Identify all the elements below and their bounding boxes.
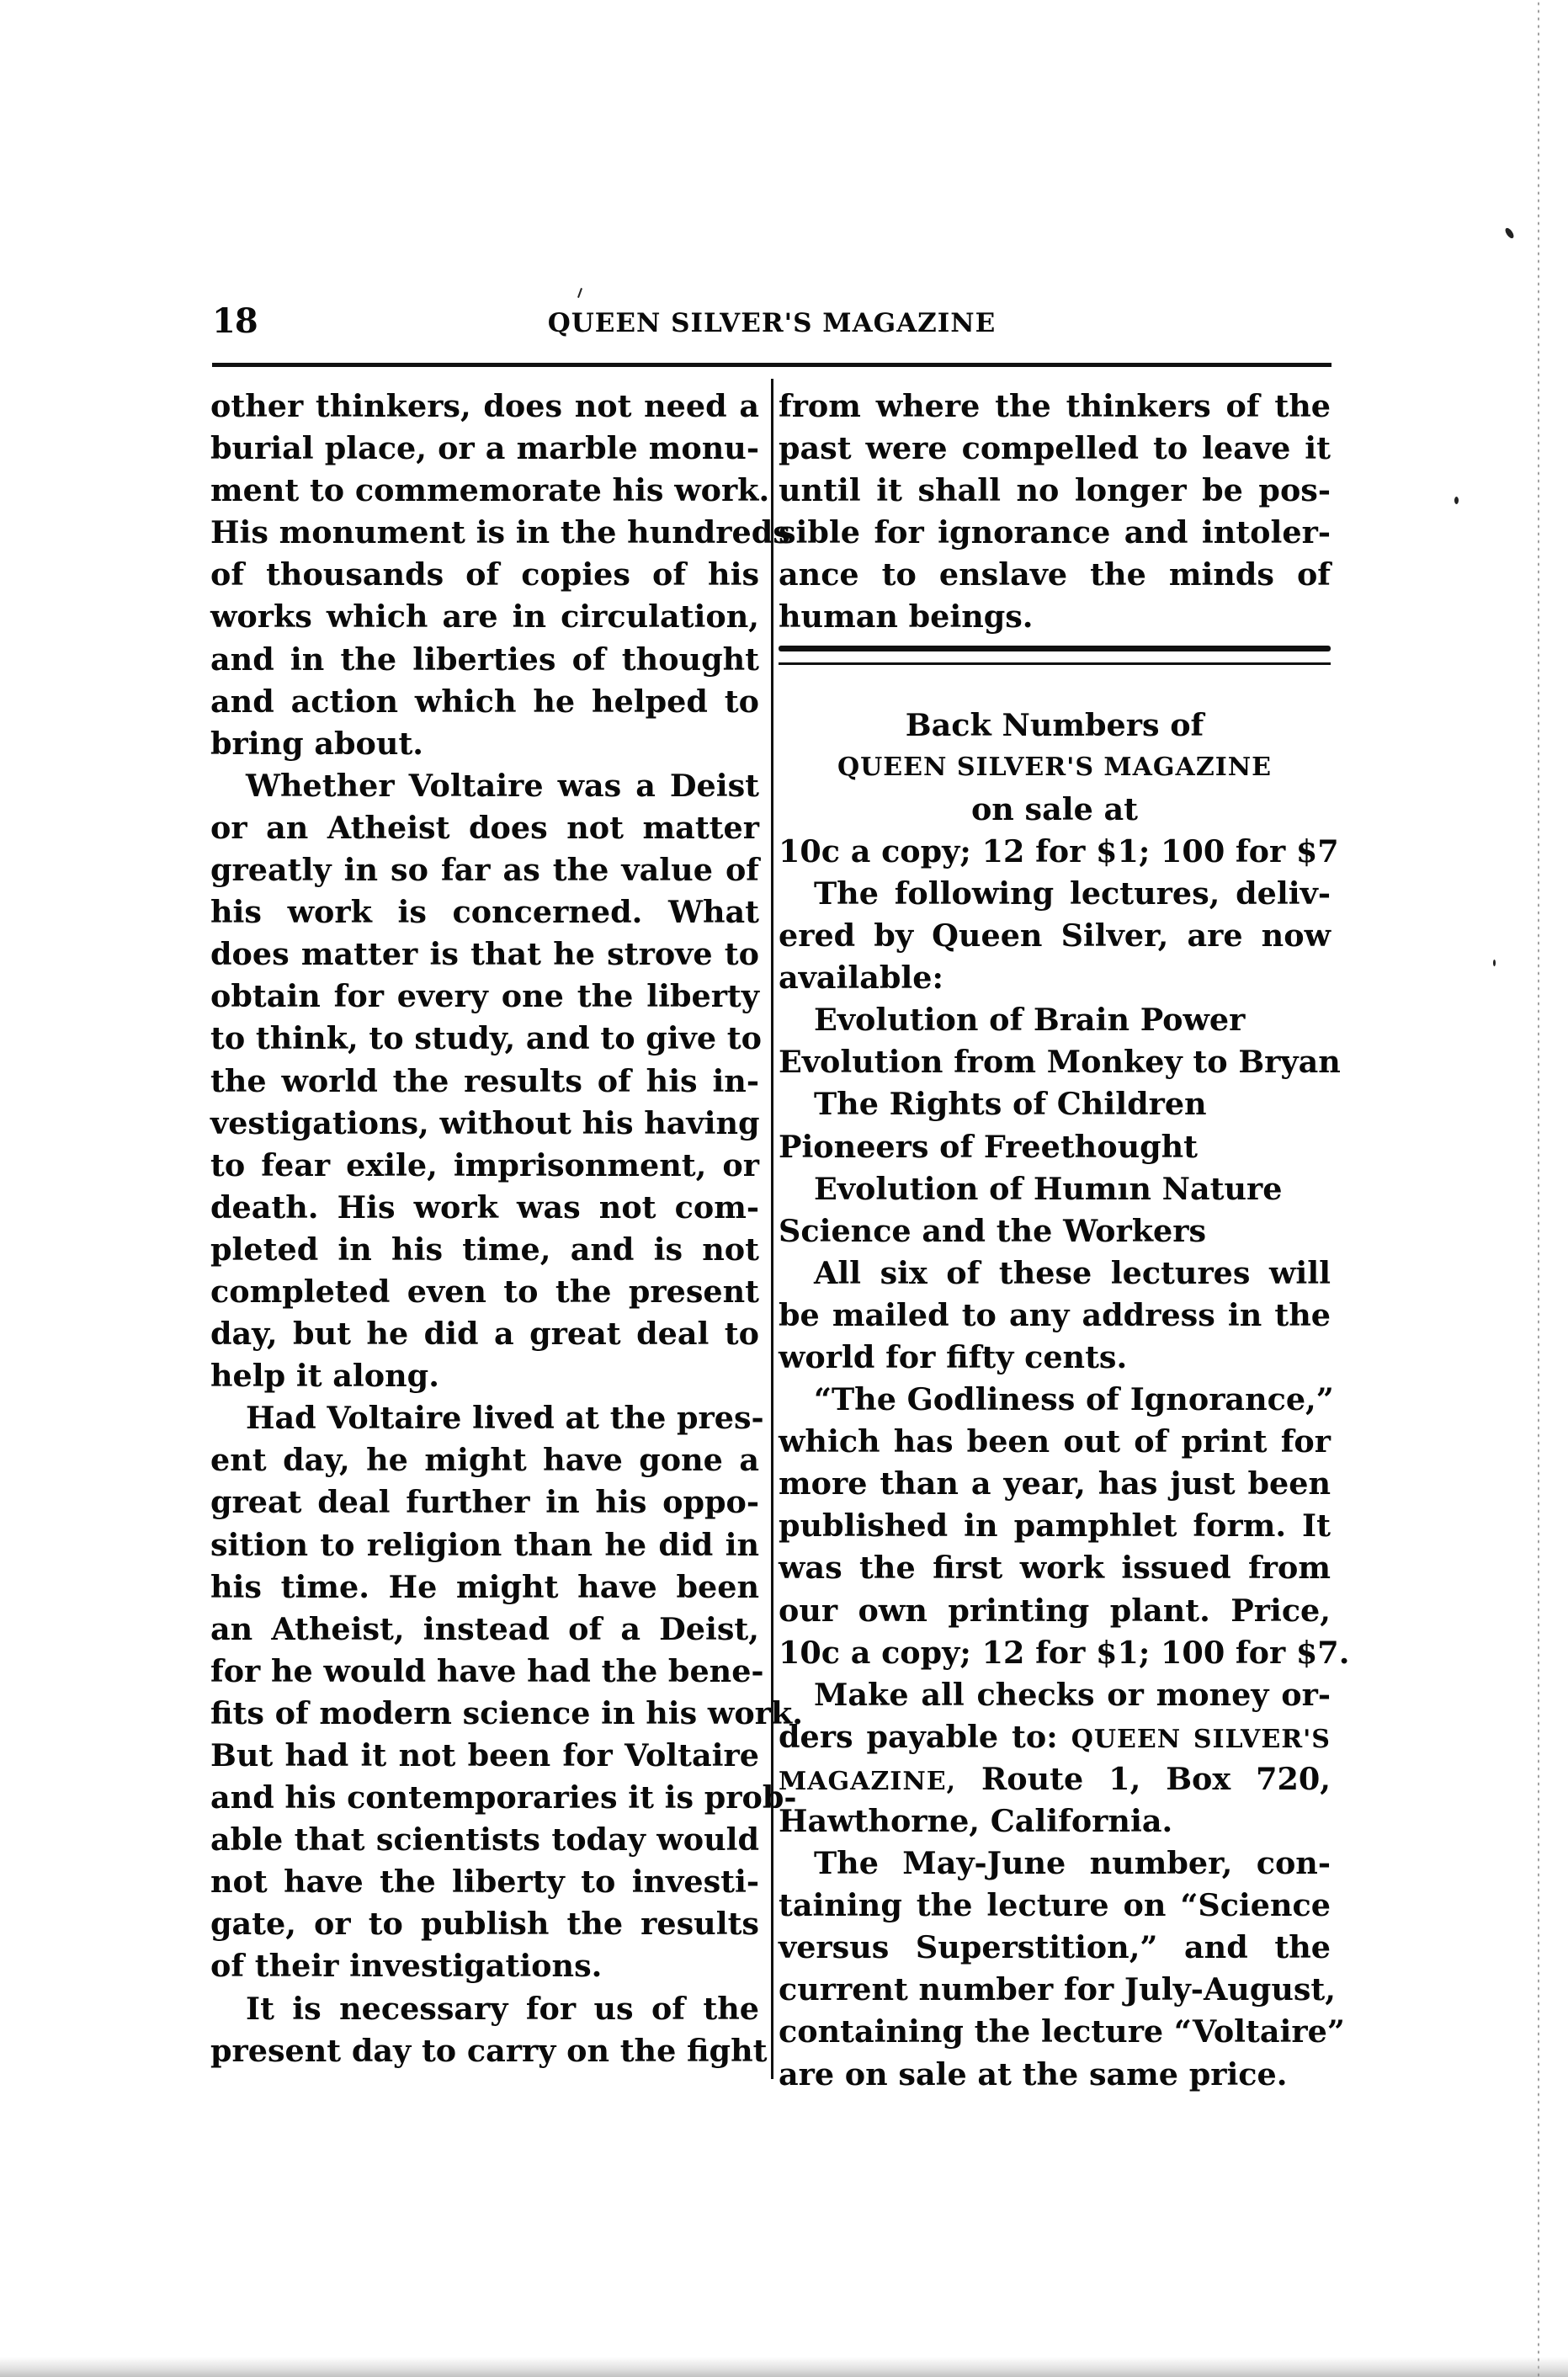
header-rule <box>212 363 1331 367</box>
text-line: All six of these lectures will <box>779 1252 1331 1295</box>
text-line: 10c a copy; 12 for $1; 100 for $7. <box>779 1632 1331 1674</box>
address-line: MAGAZINE, Route 1, Box 720, <box>779 1758 1331 1800</box>
text-line: sition to religion than he did in <box>210 1524 759 1566</box>
text-line: help it along. <box>210 1355 759 1397</box>
text-line: gate, or to publish the results <box>210 1903 759 1945</box>
right-column: from where the thinkers of the past were… <box>779 386 1331 2096</box>
text-line: Whether Voltaire was a Deist <box>210 765 759 807</box>
text-line: his time. He might have been <box>210 1566 759 1609</box>
price-line: 10c a copy; 12 for $1; 100 for $7 <box>779 831 1331 873</box>
lecture-title: The Rights of Children <box>779 1083 1331 1125</box>
text-line: completed even to the present <box>210 1271 759 1313</box>
text-line: current number for July-August, <box>779 1969 1331 2011</box>
text-line: bring about. <box>210 723 759 765</box>
text-line: to fear exile, imprisonment, or <box>210 1145 759 1187</box>
text-line: are on sale at the same price. <box>779 2054 1331 2096</box>
text-line: death. His work was not com- <box>210 1187 759 1229</box>
text-line: from where the thinkers of the <box>779 386 1331 428</box>
text-line: and in the liberties of thought <box>210 639 759 681</box>
text-line: able that scientists today would <box>210 1819 759 1861</box>
payment-line: ders payable to: QUEEN SILVER'S <box>779 1716 1331 1758</box>
running-head: 18 QUEEN SILVER'S MAGAZINE <box>212 303 1331 340</box>
text-line: His monument is in the hundreds <box>210 512 759 554</box>
text-line: human beings. <box>779 596 1331 638</box>
text-line: and his contemporaries it is prob- <box>210 1777 759 1819</box>
text-line: fits of modern science in his work. <box>210 1693 759 1735</box>
text-line: versus Superstition,” and the <box>779 1927 1331 1969</box>
text-line: pleted in his time, and is not <box>210 1229 759 1271</box>
lecture-title: Pioneers of Freethought <box>779 1126 1331 1168</box>
text-line: the world the results of his in- <box>210 1061 759 1103</box>
text-line: an Atheist, instead of a Deist, <box>210 1609 759 1651</box>
scan-speck <box>1454 497 1459 504</box>
text-line: “The Godliness of Ignorance,” <box>779 1379 1331 1421</box>
payee-name-cont: MAGAZINE, <box>779 1767 956 1796</box>
text-line: past were compelled to leave it <box>779 428 1331 470</box>
text-line: his work is concerned. What <box>210 891 759 933</box>
text-line: greatly in so far as the value of <box>210 849 759 891</box>
text-line: ance to enslave the minds of <box>779 554 1331 596</box>
text-line: ent day, he might have gone a <box>210 1439 759 1481</box>
text-line: and action which he helped to <box>210 681 759 723</box>
notice-magazine-name: QUEEN SILVER'S MAGAZINE <box>779 747 1331 789</box>
section-double-rule <box>779 639 1331 730</box>
text-line: more than a year, has just been <box>779 1463 1331 1505</box>
text-line: published in pamphlet form. It <box>779 1505 1331 1547</box>
text-line: Had Voltaire lived at the pres- <box>210 1397 759 1439</box>
text-line: The May-June number, con- <box>779 1843 1331 1885</box>
column-divider <box>771 379 773 2079</box>
text-line: Make all checks or money or- <box>779 1674 1331 1716</box>
text-line: available: <box>779 957 1331 999</box>
text-line: great deal further in his oppo- <box>210 1481 759 1524</box>
text-line: was the first work issued from <box>779 1547 1331 1589</box>
text-line: which has been out of print for <box>779 1421 1331 1463</box>
text-line: be mailed to any address in the <box>779 1295 1331 1337</box>
text-line: It is necessary for us of the <box>210 1988 759 2030</box>
text-line: does matter is that he strove to <box>210 933 759 976</box>
lecture-title: Evolution from Monkey to Bryan <box>779 1041 1331 1083</box>
text-line: of their investigations. <box>210 1945 759 1987</box>
payee-name: QUEEN SILVER'S <box>1071 1725 1331 1754</box>
text-line: not have the liberty to investi- <box>210 1861 759 1903</box>
page-edge-bottom <box>0 2357 1568 2377</box>
page-edge-right <box>1537 0 1540 2377</box>
text-line: day, but he did a great deal to <box>210 1313 759 1355</box>
lecture-title: Science and the Workers <box>779 1210 1331 1252</box>
text-line: other thinkers, does not need a <box>210 386 759 428</box>
text-line: or an Atheist does not matter <box>210 807 759 849</box>
scan-speck <box>1493 960 1496 966</box>
text-line: present day to carry on the fight <box>210 2030 759 2072</box>
text-line: ment to commemorate his work. <box>210 470 759 512</box>
text-line: sible for ignorance and intoler- <box>779 512 1331 554</box>
lecture-title: Evolution of Humın Nature <box>779 1168 1331 1210</box>
text-line: vestigations, without his having <box>210 1103 759 1145</box>
address-city: Hawthorne, California. <box>779 1800 1331 1843</box>
thick-rule <box>779 646 1331 651</box>
text-line: to think, to study, and to give to <box>210 1018 759 1060</box>
notice-subheading: on sale at <box>779 789 1331 831</box>
address-route-box: Route 1, Box 720, <box>981 1761 1331 1797</box>
payment-prefix: ders payable to: <box>779 1719 1058 1755</box>
text-line: But had it not been for Voltaire <box>210 1735 759 1777</box>
back-numbers-notice: Back Numbers of QUEEN SILVER'S MAGAZINE … <box>779 705 1331 2096</box>
text-line: for he would have had the bene- <box>210 1651 759 1693</box>
text-line: until it shall no longer be pos- <box>779 470 1331 512</box>
text-line: our own printing plant. Price, <box>779 1590 1331 1632</box>
text-line: ered by Queen Silver, are now <box>779 915 1331 957</box>
text-line: The following lectures, deliv- <box>779 873 1331 915</box>
text-line: world for fifty cents. <box>779 1337 1331 1379</box>
text-line: of thousands of copies of his <box>210 554 759 596</box>
lecture-title: Evolution of Brain Power <box>779 999 1331 1041</box>
text-line: works which are in circulation, <box>210 596 759 638</box>
magazine-title: QUEEN SILVER'S MAGAZINE <box>212 306 1331 340</box>
text-line: taining the lecture on “Science <box>779 1885 1331 1927</box>
scan-speck <box>577 288 582 298</box>
text-line: burial place, or a marble monu- <box>210 428 759 470</box>
text-line: containing the lecture “Voltaire” <box>779 2011 1331 2053</box>
scan-speck <box>1504 226 1516 239</box>
left-column: other thinkers, does not need a burial p… <box>210 386 759 2072</box>
text-line: obtain for every one the liberty <box>210 976 759 1018</box>
magazine-page: 18 QUEEN SILVER'S MAGAZINE other thinker… <box>0 0 1568 2377</box>
thin-rule <box>779 662 1331 665</box>
